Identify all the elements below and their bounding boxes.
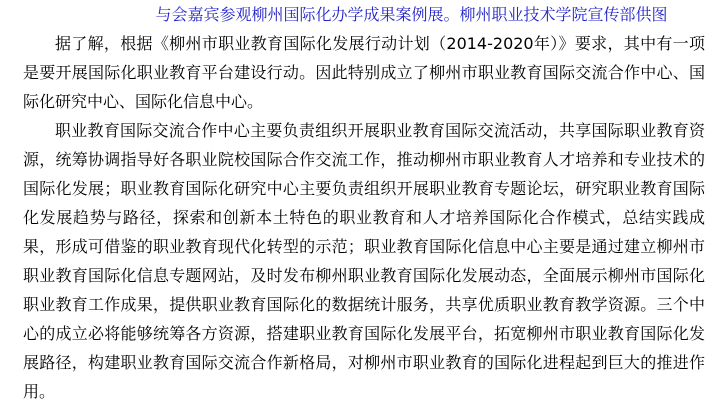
paragraph-2: 职业教育国际交流合作中心主要负责组织开展职业教育国际交流活动，共享国际职业教育资… — [23, 116, 705, 402]
photo-caption: 与会嘉宾参观柳州国际化办学成果案例展。柳州职业技术学院宣传部供图 — [23, 0, 705, 29]
paragraph-1: 据了解，根据《柳州市职业教育国际化发展行动计划（2014-2020年）》要求，其… — [23, 29, 705, 116]
article-body: 与会嘉宾参观柳州国际化办学成果案例展。柳州职业技术学院宣传部供图 据了解，根据《… — [0, 0, 709, 402]
